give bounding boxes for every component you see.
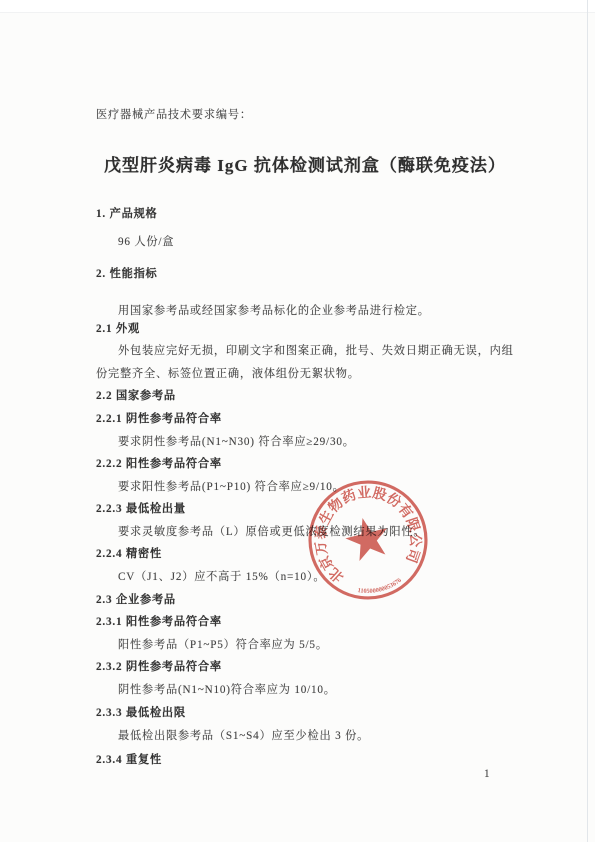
heading-positive-coincidence: 2.2.2 阳性参考品符合率 xyxy=(96,455,222,471)
intro-performance: 用国家参考品或经国家参考品标化的企业参考品进行检定。 xyxy=(118,302,430,318)
body-negative-coincidence: 要求阴性参考品(N1~N30) 符合率应≥29/30。 xyxy=(118,433,355,449)
heading-ent-detection-limit: 2.3.3 最低检出限 xyxy=(96,704,186,720)
scan-edge-right xyxy=(587,0,588,842)
body-precision: CV（J1、J2）应不高于 15%（n=10）。 xyxy=(118,568,325,584)
requirement-number-label: 医疗器械产品技术要求编号： xyxy=(96,106,252,122)
document-title: 戊型肝炎病毒 IgG 抗体检测试剂盒（酶联免疫法） xyxy=(104,151,506,176)
body-appearance-line1: 外包装应完好无损，印刷文字和图案正确，批号、失效日期正确无误，内组 xyxy=(118,342,514,358)
seal-star-icon xyxy=(342,513,394,563)
heading-appearance: 2.1 外观 xyxy=(96,320,140,336)
body-product-spec: 96 人份/盒 xyxy=(118,233,174,249)
heading-performance: 2. 性能指标 xyxy=(96,265,158,281)
document-page: 医疗器械产品技术要求编号： 戊型肝炎病毒 IgG 抗体检测试剂盒（酶联免疫法） … xyxy=(0,0,595,842)
page-number: 1 xyxy=(484,768,490,780)
heading-ent-negative: 2.3.2 阴性参考品符合率 xyxy=(96,658,222,674)
heading-precision: 2.2.4 精密性 xyxy=(96,545,162,561)
body-ent-negative: 阴性参考品(N1~N10)符合率应为 10/10。 xyxy=(118,681,336,697)
body-ent-positive: 阳性参考品（P1~P5）符合率应为 5/5。 xyxy=(118,636,328,652)
heading-negative-coincidence: 2.2.1 阴性参考品符合率 xyxy=(96,410,222,426)
heading-ent-positive: 2.3.1 阳性参考品符合率 xyxy=(96,613,222,629)
body-appearance-line2: 份完整齐全、标签位置正确，液体组份无絮状物。 xyxy=(96,365,360,381)
scan-edge-top xyxy=(0,0,595,13)
heading-product-spec: 1. 产品规格 xyxy=(96,205,158,221)
body-ent-detection-limit: 最低检出限参考品（S1~S4）应至少检出 3 份。 xyxy=(118,727,369,743)
heading-repeatability: 2.3.4 重复性 xyxy=(96,751,162,767)
heading-detection-limit: 2.2.3 最低检出量 xyxy=(96,500,186,516)
heading-enterprise-reference: 2.3 企业参考品 xyxy=(96,591,176,607)
heading-national-reference: 2.2 国家参考品 xyxy=(96,387,176,403)
